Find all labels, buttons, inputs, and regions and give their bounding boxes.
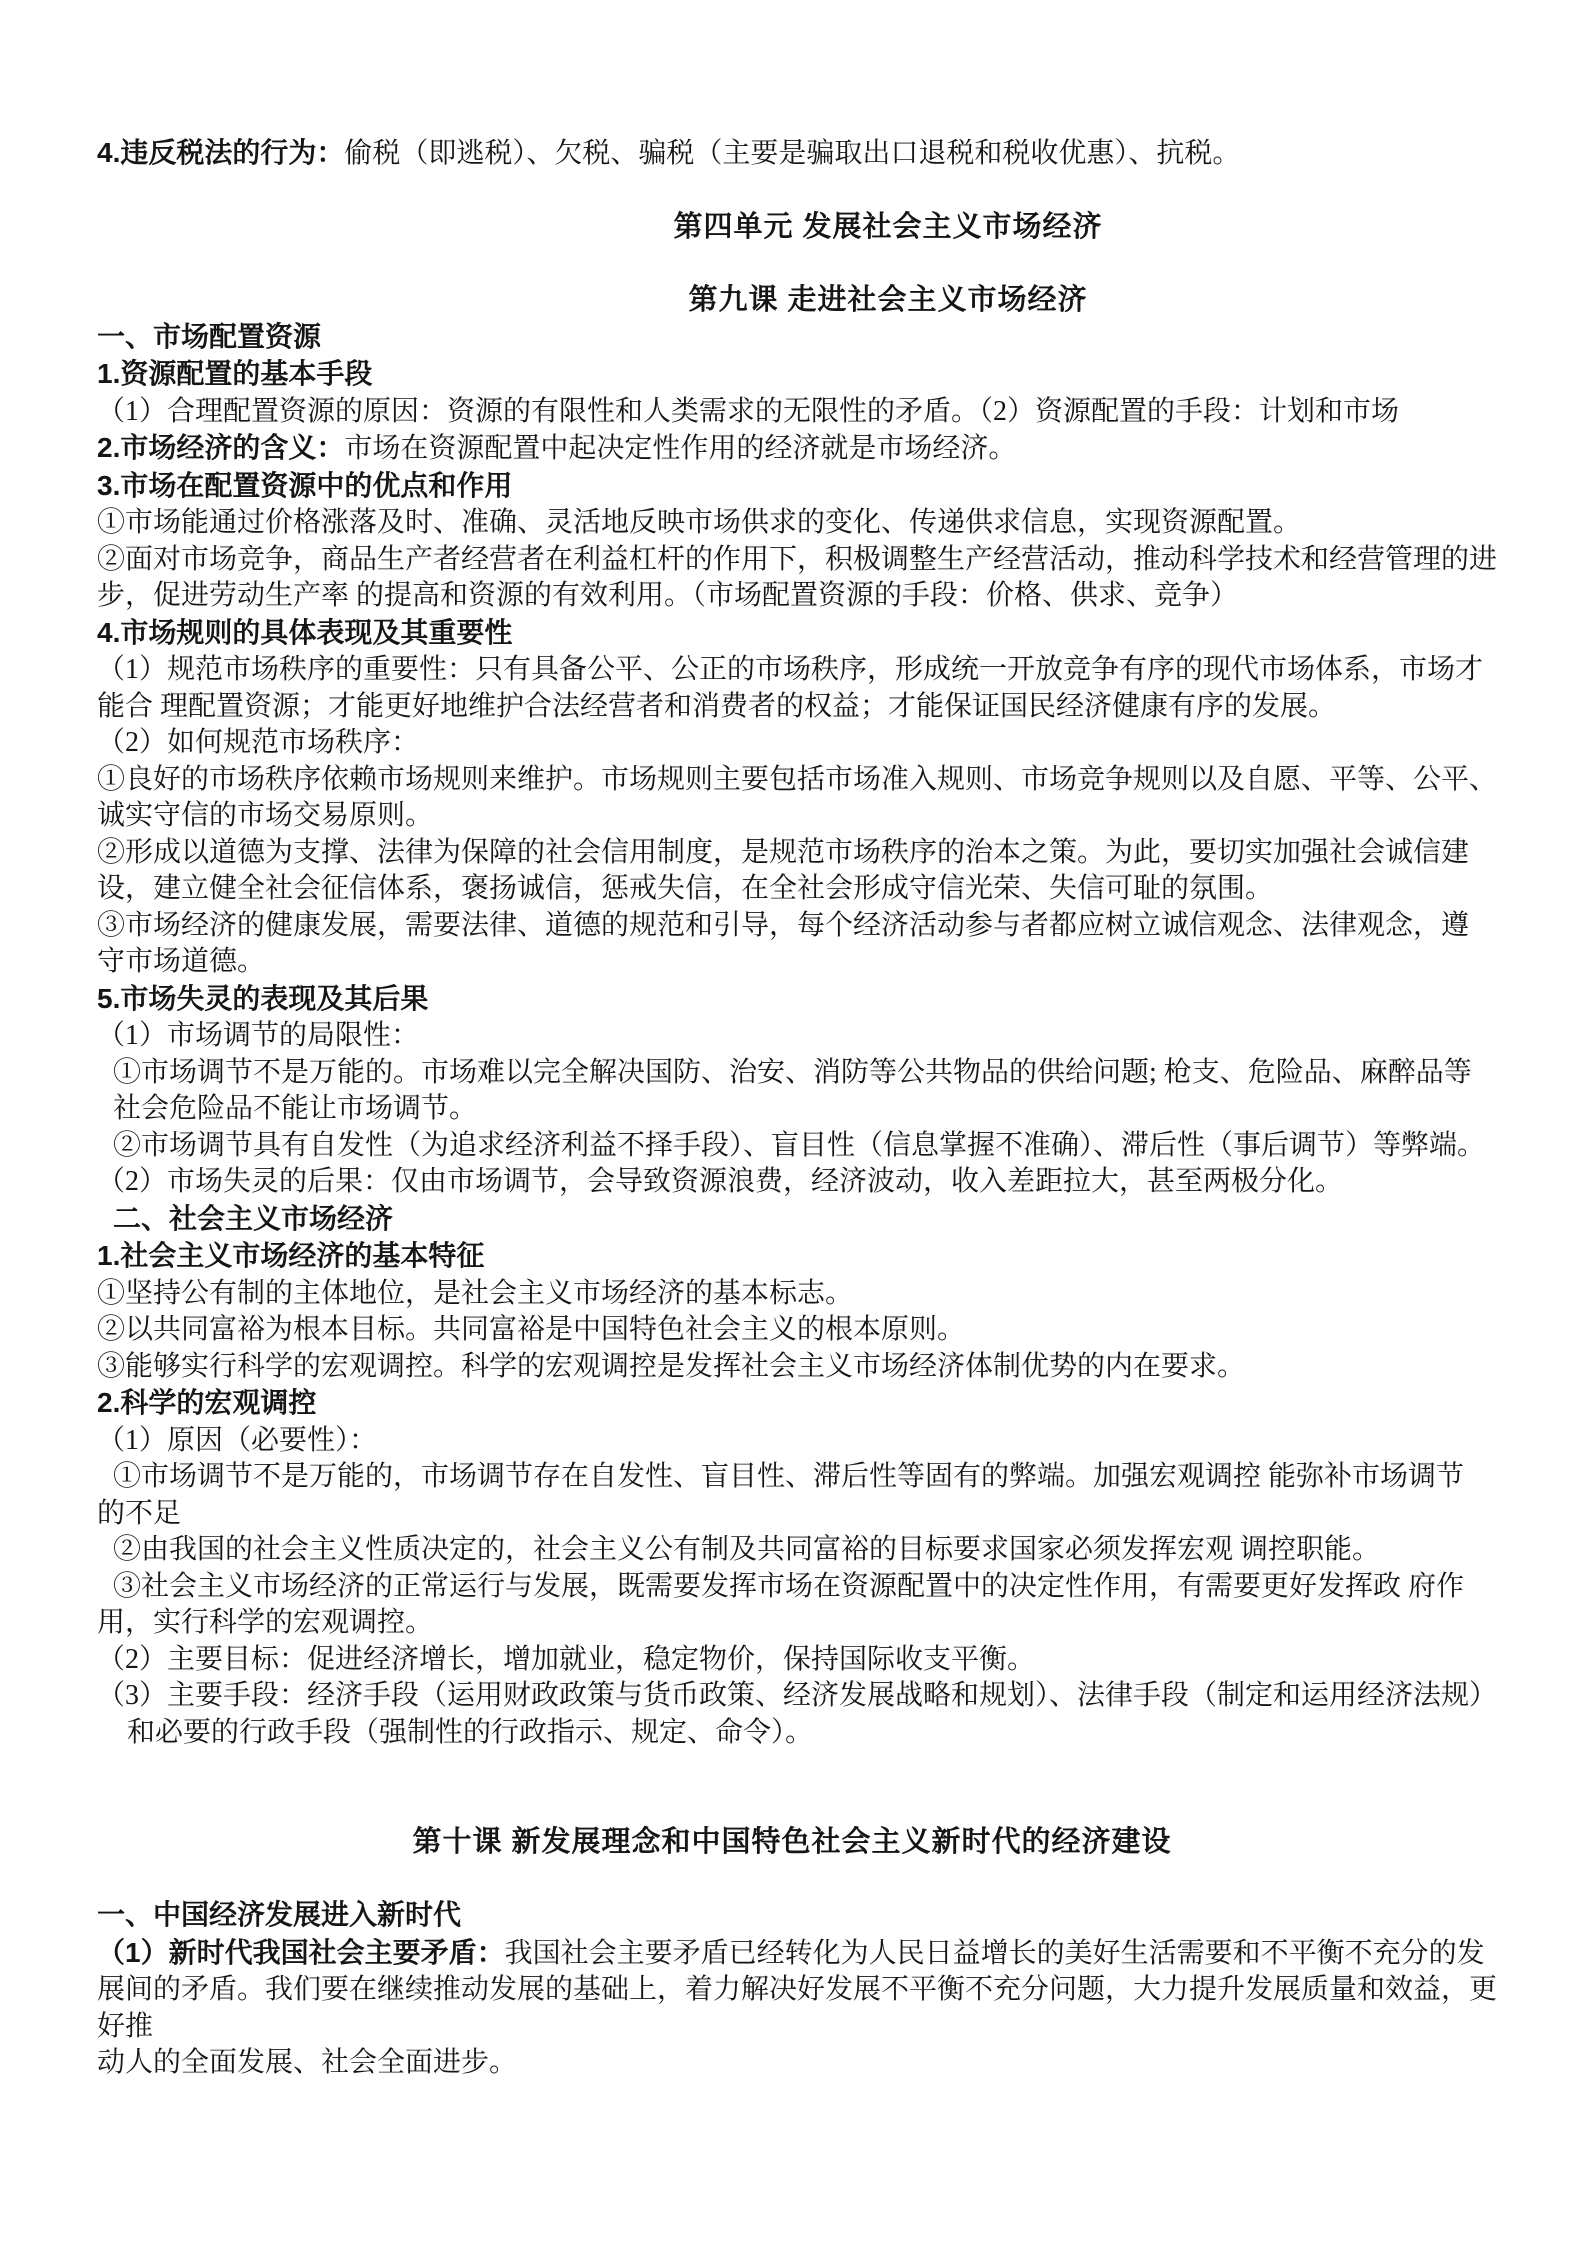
regular-text: （2）主要目标：促进经济增长，增加就业，稳定物价，保持国际收支平衡。 (97, 1644, 1035, 1675)
text-line: 的不足 (97, 1496, 1531, 1533)
text-line: （1）新时代我国社会主要矛盾：我国社会主要矛盾已经转化为人民日益增长的美好生活需… (97, 1935, 1531, 1973)
text-line: 2.市场经济的含义：市场在资源配置中起决定性作用的经济就是市场经济。 (97, 430, 1531, 468)
text-line: ②以共同富裕为根本目标。共同富裕是中国特色社会主义的根本原则。 (97, 1312, 1531, 1349)
regular-text: ②市场调节具有自发性（为追求经济利益不择手段）、盲目性（信息掌握不准确）、滞后性… (113, 1130, 1485, 1161)
regular-text: ①市场调节不是万能的，市场调节存在自发性、盲目性、滞后性等固有的弊端。加强宏观调… (113, 1461, 1464, 1492)
heading-line: 第十课 新发展理念和中国特色社会主义新时代的经济建设 (75, 1824, 1509, 1861)
regular-text: ②由我国的社会主义性质决定的，社会主义公有制及共同富裕的目标要求国家必须发挥宏观… (113, 1534, 1380, 1565)
bold-text: 3.市场在配置资源中的优点和作用 (97, 470, 512, 501)
regular-text: 动人的全面发展、社会全面进步。 (97, 2047, 517, 2078)
text-line: （2）市场失灵的后果：仅由市场调节，会导致资源浪费，经济波动，收入差距拉大，甚至… (97, 1164, 1531, 1201)
bold-text: 4.市场规则的具体表现及其重要性 (97, 617, 512, 648)
bold-text: 5.市场失灵的表现及其后果 (97, 983, 428, 1014)
text-line: 诚实守信的市场交易原则。 (97, 798, 1531, 835)
regular-text: 设，建立健全社会征信体系，褒扬诚信，惩戒失信，在全社会形成守信光荣、失信可耻的氛… (97, 873, 1273, 904)
bold-text: 第九课 走进社会主义市场经济 (688, 284, 1087, 316)
regular-text: ①市场能通过价格涨落及时、准确、灵活地反映市场供求的变化、传递供求信息，实现资源… (97, 507, 1301, 538)
text-line: （1）合理配置资源的原因：资源的有限性和人类需求的无限性的矛盾。（2）资源配置的… (97, 394, 1531, 431)
text-line: 设，建立健全社会征信体系，褒扬诚信，惩戒失信，在全社会形成守信光荣、失信可耻的氛… (97, 871, 1531, 908)
text-line: 守市场道德。 (97, 944, 1531, 981)
text-line: 二、社会主义市场经济 (97, 1201, 1531, 1239)
text-line: （1）规范市场秩序的重要性：只有具备公平、公正的市场秩序，形成统一开放竞争有序的… (97, 652, 1531, 689)
bold-text: 2.科学的宏观调控 (97, 1387, 316, 1418)
text-line: ③社会主义市场经济的正常运行与发展，既需要发挥市场在资源配置中的决定性作用，有需… (97, 1569, 1531, 1606)
regular-text: ①良好的市场秩序依赖市场规则来维护。市场规则主要包括市场准入规则、市场竞争规则以… (97, 764, 1497, 795)
bold-text: 一、中国经济发展进入新时代 (97, 1899, 461, 1930)
regular-text: ②面对市场竞争，商品生产者经营者在利益杠杆的作用下，积极调整生产经营活动，推动科… (97, 544, 1497, 575)
regular-text: （1）市场调节的局限性： (97, 1020, 419, 1051)
regular-text: （2）市场失灵的后果：仅由市场调节，会导致资源浪费，经济波动，收入差距拉大，甚至… (97, 1166, 1343, 1197)
regular-text: 守市场道德。 (97, 946, 265, 977)
regular-text: ②以共同富裕为根本目标。共同富裕是中国特色社会主义的根本原则。 (97, 1314, 965, 1345)
text-line: ①市场调节不是万能的，市场调节存在自发性、盲目性、滞后性等固有的弊端。加强宏观调… (97, 1459, 1531, 1496)
text-line: （3）主要手段：经济手段（运用财政政策与货币政策、经济发展战略和规划）、法律手段… (97, 1678, 1531, 1715)
text-line: 1.资源配置的基本手段 (97, 356, 1531, 394)
regular-text: 偷税（即逃税）、欠税、骗税（主要是骗取出口退税和税收优惠）、抗税。 (344, 138, 1240, 169)
text-line: 步，促进劳动生产率 的提高和资源的有效利用。（市场配置资源的手段：价格、供求、竞… (97, 578, 1531, 615)
text-line: ③市场经济的健康发展，需要法律、道德的规范和引导，每个经济活动参与者都应树立诚信… (97, 908, 1531, 945)
regular-text: 好推 (97, 2011, 153, 2042)
regular-text: ③市场经济的健康发展，需要法律、道德的规范和引导，每个经济活动参与者都应树立诚信… (97, 910, 1469, 941)
text-line: 社会危险品不能让市场调节。 (97, 1091, 1531, 1128)
text-line: ①坚持公有制的主体地位，是社会主义市场经济的基本标志。 (97, 1276, 1531, 1313)
heading-line: 第九课 走进社会主义市场经济 (171, 282, 1589, 319)
regular-text: 步，促进劳动生产率 的提高和资源的有效利用。（市场配置资源的手段：价格、供求、竞… (97, 580, 1238, 611)
regular-text: 的不足 (97, 1498, 181, 1529)
text-line: 好推 (97, 2009, 1531, 2046)
bold-text: 第十课 新发展理念和中国特色社会主义新时代的经济建设 (412, 1826, 1171, 1858)
text-line: 5.市场失灵的表现及其后果 (97, 981, 1531, 1019)
blank-line (97, 1751, 1531, 1788)
regular-text: 能合 理配置资源；才能更好地维护合法经营者和消费者的权益；才能保证国民经济健康有… (97, 691, 1336, 722)
document-page: 4.违反税法的行为：偷税（即逃税）、欠税、骗税（主要是骗取出口退税和税收优惠）、… (0, 0, 1589, 2245)
regular-text: 用，实行科学的宏观调控。 (97, 1607, 433, 1638)
text-line: ③能够实行科学的宏观调控。科学的宏观调控是发挥社会主义市场经济体制优势的内在要求… (97, 1349, 1531, 1386)
text-line: （2）如何规范市场秩序： (97, 725, 1531, 762)
regular-text: ②形成以道德为支撑、法律为保障的社会信用制度，是规范市场秩序的治本之策。为此，要… (97, 837, 1469, 868)
text-line: 和必要的行政手段（强制性的行政指示、规定、命令）。 (97, 1715, 1531, 1752)
heading-line: 第四单元 发展社会主义市场经济 (171, 209, 1589, 246)
text-line: 4.市场规则的具体表现及其重要性 (97, 615, 1531, 653)
text-line: ②市场调节具有自发性（为追求经济利益不择手段）、盲目性（信息掌握不准确）、滞后性… (97, 1128, 1531, 1165)
text-line: 能合 理配置资源；才能更好地维护合法经营者和消费者的权益；才能保证国民经济健康有… (97, 689, 1531, 726)
regular-text: （1）规范市场秩序的重要性：只有具备公平、公正的市场秩序，形成统一开放竞争有序的… (97, 654, 1483, 685)
regular-text: （3）主要手段：经济手段（运用财政政策与货币政策、经济发展战略和规划）、法律手段… (97, 1680, 1497, 1711)
regular-text: 市场在资源配置中起决定性作用的经济就是市场经济。 (344, 433, 1016, 464)
bold-text: （1）新时代我国社会主要矛盾： (97, 1937, 505, 1968)
blank-line (97, 173, 1531, 210)
text-line: ②面对市场竞争，商品生产者经营者在利益杠杆的作用下，积极调整生产经营活动，推动科… (97, 542, 1531, 579)
bold-text: 一、市场配置资源 (97, 321, 321, 352)
regular-text: 和必要的行政手段（强制性的行政指示、规定、命令）。 (127, 1717, 813, 1748)
document-body: 4.违反税法的行为：偷税（即逃税）、欠税、骗税（主要是骗取出口退税和税收优惠）、… (97, 135, 1531, 2082)
regular-text: ③能够实行科学的宏观调控。科学的宏观调控是发挥社会主义市场经济体制优势的内在要求… (97, 1351, 1245, 1382)
regular-text: （1）原因（必要性）： (97, 1425, 377, 1456)
text-line: ①良好的市场秩序依赖市场规则来维护。市场规则主要包括市场准入规则、市场竞争规则以… (97, 762, 1531, 799)
text-line: ②由我国的社会主义性质决定的，社会主义公有制及共同富裕的目标要求国家必须发挥宏观… (97, 1532, 1531, 1569)
text-line: 2.科学的宏观调控 (97, 1385, 1531, 1423)
text-line: ①市场能通过价格涨落及时、准确、灵活地反映市场供求的变化、传递供求信息，实现资源… (97, 505, 1531, 542)
blank-line (97, 246, 1531, 283)
text-line: （1）原因（必要性）： (97, 1423, 1531, 1460)
bold-text: 二、社会主义市场经济 (113, 1203, 393, 1234)
regular-text: 诚实守信的市场交易原则。 (97, 800, 433, 831)
text-line: 3.市场在配置资源中的优点和作用 (97, 468, 1531, 506)
regular-text: ①市场调节不是万能的。市场难以完全解决国防、治安、消防等公共物品的供给问题; 枪… (113, 1057, 1472, 1088)
blank-line (97, 1861, 1531, 1898)
bold-text: 2.市场经济的含义： (97, 432, 344, 463)
regular-text: （1）合理配置资源的原因：资源的有限性和人类需求的无限性的矛盾。（2）资源配置的… (97, 396, 1399, 427)
text-line: ②形成以道德为支撑、法律为保障的社会信用制度，是规范市场秩序的治本之策。为此，要… (97, 835, 1531, 872)
regular-text: ①坚持公有制的主体地位，是社会主义市场经济的基本标志。 (97, 1278, 853, 1309)
text-line: 1.社会主义市场经济的基本特征 (97, 1238, 1531, 1276)
text-line: （1）市场调节的局限性： (97, 1018, 1531, 1055)
bold-text: 4.违反税法的行为： (97, 137, 344, 168)
regular-text: 我国社会主要矛盾已经转化为人民日益增长的美好生活需要和不平衡不充分的发 (505, 1938, 1485, 1969)
regular-text: ③社会主义市场经济的正常运行与发展，既需要发挥市场在资源配置中的决定性作用，有需… (113, 1571, 1464, 1602)
text-line: ①市场调节不是万能的。市场难以完全解决国防、治安、消防等公共物品的供给问题; 枪… (97, 1055, 1531, 1092)
text-line: （2）主要目标：促进经济增长，增加就业，稳定物价，保持国际收支平衡。 (97, 1642, 1531, 1679)
bold-text: 第四单元 发展社会主义市场经济 (673, 211, 1102, 243)
text-line: 一、市场配置资源 (97, 319, 1531, 357)
regular-text: （2）如何规范市场秩序： (97, 727, 419, 758)
text-line: 动人的全面发展、社会全面进步。 (97, 2045, 1531, 2082)
bold-text: 1.社会主义市场经济的基本特征 (97, 1240, 484, 1271)
regular-text: 展间的矛盾。我们要在继续推动发展的基础上，着力解决好发展不平衡不充分问题，大力提… (97, 1974, 1497, 2005)
text-line: 4.违反税法的行为：偷税（即逃税）、欠税、骗税（主要是骗取出口退税和税收优惠）、… (97, 135, 1531, 173)
text-line: 一、中国经济发展进入新时代 (97, 1897, 1531, 1935)
bold-text: 1.资源配置的基本手段 (97, 358, 372, 389)
text-line: 用，实行科学的宏观调控。 (97, 1605, 1531, 1642)
blank-line (97, 1788, 1531, 1825)
regular-text: 社会危险品不能让市场调节。 (113, 1093, 477, 1124)
text-line: 展间的矛盾。我们要在继续推动发展的基础上，着力解决好发展不平衡不充分问题，大力提… (97, 1972, 1531, 2009)
